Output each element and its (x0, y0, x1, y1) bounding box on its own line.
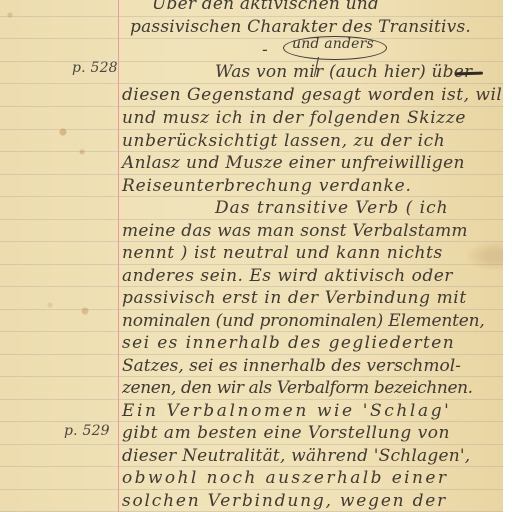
body-line-5: Anlasz und Musze einer unfreiwilligen (122, 153, 465, 173)
body-line-11: passivisch erst in der Verbindung mit (122, 288, 467, 308)
body-line-14: Satzes, sei es innerhalb des verschmol- (122, 356, 461, 376)
manuscript-page: Über den aktivischen und passivischen Ch… (0, 0, 503, 512)
title-line-2: passivischen Charakter des Transitivs. (130, 17, 471, 37)
body-line-6: Reiseunterbrechung verdanke. (122, 176, 412, 196)
body-line-2: diesen Gegenstand gesagt worden ist, wil… (122, 85, 503, 105)
ruled-line (0, 264, 503, 265)
ruled-line (0, 151, 503, 152)
ruled-line (0, 129, 503, 130)
body-line-12: nominalen (und pronominalen) Elementen, (122, 311, 485, 331)
ruled-line (0, 399, 503, 400)
ruled-line (0, 421, 503, 422)
page-ref-528: p. 528 (72, 60, 118, 76)
body-line-3: und musz ich in der folgenden Skizze (122, 108, 466, 128)
body-line-16: Ein Verbalnomen wie 'Schlag' (122, 401, 451, 421)
ruled-line (0, 489, 503, 490)
ruled-line (0, 241, 503, 242)
body-line-10: anderes sein. Es wird aktivisch oder (122, 266, 453, 286)
ruled-line (0, 444, 503, 445)
body-line-19: obwohl noch auszerhalb einer (122, 468, 448, 488)
body-line-4: unberücksichtigt lassen, zu der ich (122, 131, 445, 151)
ruled-line (0, 286, 503, 287)
body-line-8: meine das was man sonst Verbalstamm (122, 221, 468, 241)
ruled-line (0, 309, 503, 310)
body-line-7: Das transitive Verb ( ich (215, 198, 449, 218)
page-ref-529: p. 529 (64, 423, 110, 439)
body-line-17: gibt am besten eine Vorstellung von (122, 423, 450, 443)
body-line-18: dieser Neutralität, während 'Schlagen', (122, 446, 470, 466)
body-line-13: sei es innerhalb des gegliederten (122, 333, 455, 353)
ruled-line (0, 174, 503, 175)
ruled-line (0, 331, 503, 332)
insertion-text: und anders (292, 36, 374, 52)
ruled-line (0, 83, 503, 84)
ruled-line (0, 196, 503, 197)
body-line-20: solchen Verbindung, wegen der (122, 491, 447, 511)
ruled-line (0, 466, 503, 467)
body-line-1: Was von mir (auch hier) über (215, 62, 472, 82)
insertion-dash: - (262, 40, 268, 60)
body-line-15: zenen, den wir als Verbalform bezeichnen… (122, 378, 473, 398)
ruled-line (0, 354, 503, 355)
red-margin-line (118, 0, 119, 512)
ruled-line (0, 106, 503, 107)
strikethrough-mark (455, 72, 483, 76)
ruled-line (0, 376, 503, 377)
title-line-1: Über den aktivischen und (152, 0, 379, 14)
ruled-line (0, 219, 503, 220)
ruled-line (0, 38, 503, 39)
body-line-9: nennt ) ist neutral und kann nichts (122, 243, 443, 263)
